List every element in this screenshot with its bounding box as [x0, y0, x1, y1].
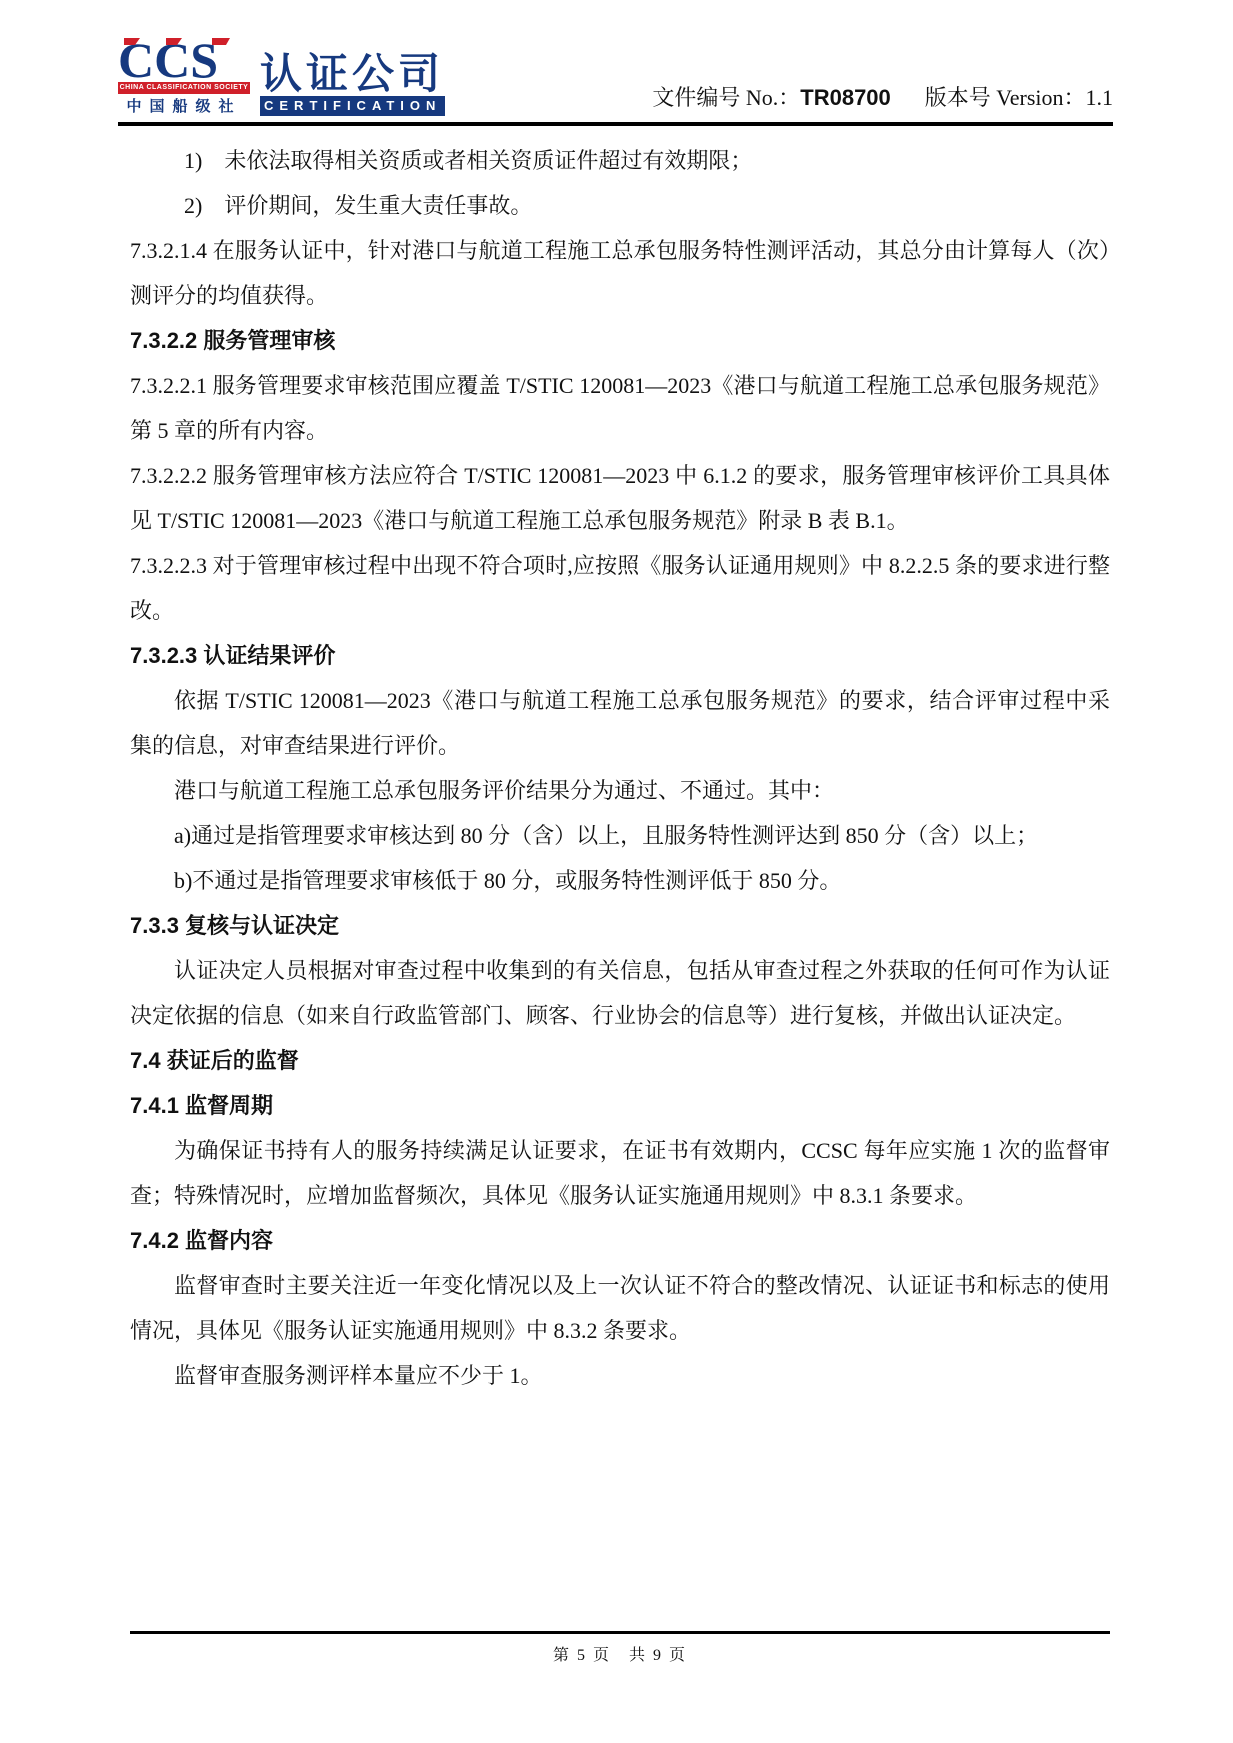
section-heading: 7.4.1 监督周期 [130, 1083, 1110, 1128]
section-heading: 7.3.2.2 服务管理审核 [130, 318, 1110, 363]
paragraph: 依据 T/STIC 120081—2023《港口与航道工程施工总承包服务规范》的… [130, 678, 1110, 768]
doc-no-label: 文件编号 No.： [652, 85, 800, 110]
paragraph: 7.3.2.2.2 服务管理审核方法应符合 T/STIC 120081—2023… [130, 453, 1110, 543]
ccs-logo-right: 认证公司 CERTIFICATION [260, 52, 445, 116]
certification-banner: CERTIFICATION [260, 96, 445, 116]
document-header: CCS CHINA CLASSIFICATION SOCIETY 中国船级社 认… [118, 42, 1113, 126]
paragraph: 为确保证书持有人的服务持续满足认证要求，在证书有效期内，CCSC 每年应实施 1… [130, 1128, 1110, 1218]
paragraph: 7.3.2.1.4 在服务认证中，针对港口与航道工程施工总承包服务特性测评活动，… [130, 228, 1110, 318]
paragraph: 监督审查服务测评样本量应不少于 1。 [130, 1353, 1110, 1398]
ccs-logo: CCS CHINA CLASSIFICATION SOCIETY 中国船级社 认… [118, 36, 445, 116]
paragraph: 7.3.2.2.3 对于管理审核过程中出现不符合项时,应按照《服务认证通用规则》… [130, 543, 1110, 633]
section-heading: 7.4.2 监督内容 [130, 1218, 1110, 1263]
paragraph: 监督审查时主要关注近一年变化情况以及上一次认证不符合的整改情况、认证证书和标志的… [130, 1263, 1110, 1353]
version-label: 版本号 Version： [925, 85, 1086, 110]
document-body: 1) 未依法取得相关资质或者相关资质证件超过有效期限； 2) 评价期间，发生重大… [130, 138, 1110, 1398]
doc-no-value: TR08700 [800, 85, 891, 110]
certification-company-name: 认证公司 [260, 52, 445, 96]
document-page: CCS CHINA CLASSIFICATION SOCIETY 中国船级社 认… [0, 0, 1233, 1743]
paragraph: 港口与航道工程施工总承包服务评价结果分为通过、不通过。其中： [130, 768, 1110, 813]
paragraph: 认证决定人员根据对审查过程中收集到的有关信息，包括从审查过程之外获取的任何可作为… [130, 948, 1110, 1038]
section-heading: 7.3.3 复核与认证决定 [130, 903, 1110, 948]
paragraph: b)不通过是指管理要求审核低于 80 分，或服务特性测评低于 850 分。 [130, 858, 1110, 903]
page-number: 第 5 页 共 9 页 [553, 1647, 687, 1664]
classification-society-banner: CHINA CLASSIFICATION SOCIETY [118, 82, 250, 94]
section-heading: 7.3.2.3 认证结果评价 [130, 633, 1110, 678]
ccs-logo-left: CCS CHINA CLASSIFICATION SOCIETY 中国船级社 [118, 36, 250, 116]
chinese-society-name: 中国船级社 [118, 95, 250, 116]
section-heading: 7.4 获证后的监督 [130, 1038, 1110, 1083]
version-value: 1.1 [1086, 85, 1114, 110]
ccs-letters-icon: CCS [118, 36, 248, 82]
page-footer: 第 5 页 共 9 页 [130, 1631, 1110, 1665]
paragraph: a)通过是指管理要求审核达到 80 分（含）以上，且服务特性测评达到 850 分… [130, 813, 1110, 858]
list-item: 1) 未依法取得相关资质或者相关资质证件超过有效期限； [130, 138, 1110, 183]
list-item: 2) 评价期间，发生重大责任事故。 [130, 183, 1110, 228]
document-meta: 文件编号 No.：TR08700版本号 Version：1.1 [652, 81, 1113, 116]
paragraph: 7.3.2.2.1 服务管理要求审核范围应覆盖 T/STIC 120081—20… [130, 363, 1110, 453]
